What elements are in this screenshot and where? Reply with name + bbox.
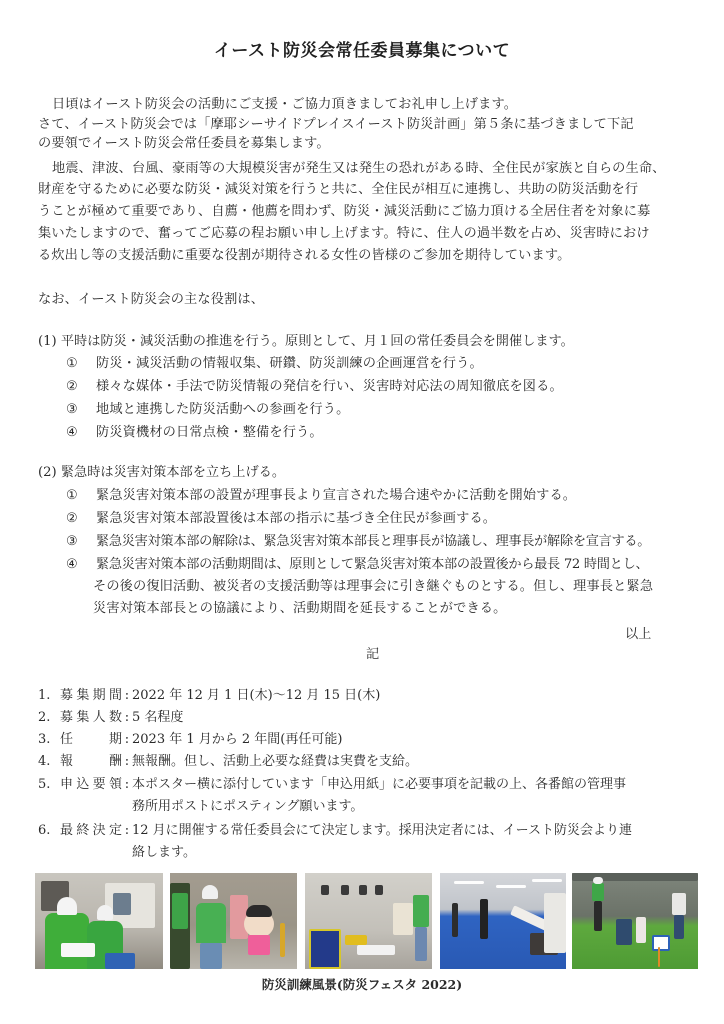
requirement-colon: : — [122, 776, 132, 794]
requirement-value: 5 名程度 — [132, 710, 183, 725]
item-number: ④ — [66, 556, 78, 574]
requirement-row: 5.申込要領:本ポスター横に添付しています「申込用紙」に必要事項を記載の上、各番… — [38, 776, 626, 794]
requirement-label: 募集人数 — [60, 709, 122, 727]
item-number: ③ — [66, 533, 78, 551]
requirement-number: 1. — [38, 687, 60, 705]
requirement-value: 無報酬。但し、活動上必要な経費は実費を支給。 — [132, 754, 418, 769]
closing-mark: 以上 — [625, 623, 651, 642]
section-heading: (1) 平時は防災・減災活動の推進を行う。原則として、月１回の常任委員会を開催し… — [38, 333, 574, 351]
requirement-number: 3. — [38, 731, 60, 749]
requirement-number: 2. — [38, 709, 60, 727]
item-number: ④ — [66, 424, 78, 442]
item-continuation: その後の復旧活動、被災者の支援活動等は理事会に引き継ぐものとする。但し、理事長と… — [93, 578, 653, 596]
requirement-value: 12 月に開催する常任委員会にて決定します。採用決定者には、イースト防災会より連 — [132, 823, 632, 838]
roles-intro: なお、イースト防災会の主な役割は、 — [38, 291, 264, 309]
page-title: イースト防災会常任委員募集について — [0, 36, 724, 61]
requirement-number: 4. — [38, 753, 60, 771]
requirement-label: 任期 — [60, 731, 122, 749]
requirement-label: 募集期間 — [60, 687, 122, 705]
ki-mark: 記 — [366, 643, 379, 662]
section-heading: (2) 緊急時は災害対策本部を立ち上げる。 — [38, 464, 285, 482]
item-text: 様々な媒体・手法で防災情報の発信を行い、災害時対応法の周知徹底を図る。 — [96, 378, 563, 396]
requirement-number: 6. — [38, 822, 60, 840]
photo-volunteers-helmets — [35, 873, 163, 969]
requirement-label: 報酬 — [60, 753, 122, 771]
requirement-row: 4.報酬:無報酬。但し、活動上必要な経費は実費を支給。 — [38, 753, 418, 771]
intro-line: さて、イースト防災会では「摩耶シーサイドプレイスイースト防災計画」第５条に基づき… — [38, 116, 634, 134]
intro-line: の要領でイースト防災会常任委員を募集します。 — [38, 135, 330, 153]
item-number: ② — [66, 378, 78, 396]
requirement-colon: : — [122, 731, 132, 749]
photo-rescue-equipment — [305, 873, 432, 969]
requirement-continuation: 務所用ポストにポスティング願います。 — [132, 798, 363, 816]
item-number: ② — [66, 510, 78, 528]
intro-line: 日頃はイースト防災会の活動にご支援・ご協力頂きましてお礼申し上げます。 — [52, 96, 517, 114]
photo-entrance-mascot — [170, 873, 297, 969]
requirement-label: 申込要領 — [60, 776, 122, 794]
intro-line: うことが極めて重要であり、自薦・他薦を問わず、防災・減災活動にご協力頂ける全居住… — [38, 203, 650, 221]
requirement-colon: : — [122, 687, 132, 705]
requirement-colon: : — [122, 822, 132, 840]
item-text: 防災資機材の日常点検・整備を行う。 — [96, 424, 323, 442]
requirement-row: 3.任期:2023 年 1 月から 2 年間(再任可能) — [38, 731, 342, 749]
item-continuation: 災害対策本部長との協議により、活動期間を延長することができる。 — [93, 600, 506, 618]
item-number: ① — [66, 355, 78, 373]
requirement-row: 6.最終決定:12 月に開催する常任委員会にて決定します。採用決定者には、イース… — [38, 822, 632, 840]
photo-indoor-training — [440, 873, 566, 969]
document-page: イースト防災会常任委員募集について 日頃はイースト防災会の活動にご支援・ご協力頂… — [0, 0, 724, 1024]
photo-outdoor-lawn — [572, 873, 698, 969]
item-text: 緊急災害対策本部の解除は、緊急災害対策本部長と理事長が協議し、理事長が解除を宣言… — [96, 533, 650, 551]
requirement-continuation: 絡します。 — [132, 844, 196, 862]
requirement-row: 1.募集期間:2022 年 12 月 1 日(木)～12 月 15 日(木) — [38, 687, 380, 705]
requirement-colon: : — [122, 709, 132, 727]
intro-line: 地震、津波、台風、豪雨等の大規模災害が発生又は発生の恐れがある時、全住民が家族と… — [52, 160, 666, 178]
requirement-value: 2023 年 1 月から 2 年間(再任可能) — [132, 732, 342, 747]
item-number: ① — [66, 487, 78, 505]
intro-line: 集いたしますので、奮ってご応募の程お願い申し上げます。特に、住人の過半数を占め、… — [38, 225, 650, 243]
photo-caption: 防災訓練風景(防災フェスタ 2022) — [0, 975, 724, 993]
item-text: 緊急災害対策本部の活動期間は、原則として緊急災害対策本部の設置後から最長 72 … — [96, 556, 648, 574]
requirement-value: 本ポスター横に添付しています「申込用紙」に必要事項を記載の上、各番館の管理事 — [132, 777, 626, 792]
item-number: ③ — [66, 401, 78, 419]
requirement-value: 2022 年 12 月 1 日(木)～12 月 15 日(木) — [132, 688, 380, 703]
requirement-number: 5. — [38, 776, 60, 794]
item-text: 緊急災害対策本部の設置が理事長より宣言された場合速やかに活動を開始する。 — [96, 487, 576, 505]
item-text: 地域と連携した防災活動への参画を行う。 — [96, 401, 349, 419]
requirement-label: 最終決定 — [60, 822, 122, 840]
intro-line: 財産を守るために必要な防災・減災対策を行うと共に、全住民が相互に連携し、共助の防… — [38, 181, 638, 199]
intro-line: る炊出し等の支援活動に重要な役割が期待される女性の皆様のご参加を期待しています。 — [38, 247, 570, 265]
item-text: 防災・減災活動の情報収集、研鑽、防災訓練の企画運営を行う。 — [96, 355, 483, 373]
requirement-colon: : — [122, 753, 132, 771]
requirement-row: 2.募集人数:5 名程度 — [38, 709, 183, 727]
item-text: 緊急災害対策本部設置後は本部の指示に基づき全住民が参画する。 — [96, 510, 496, 528]
